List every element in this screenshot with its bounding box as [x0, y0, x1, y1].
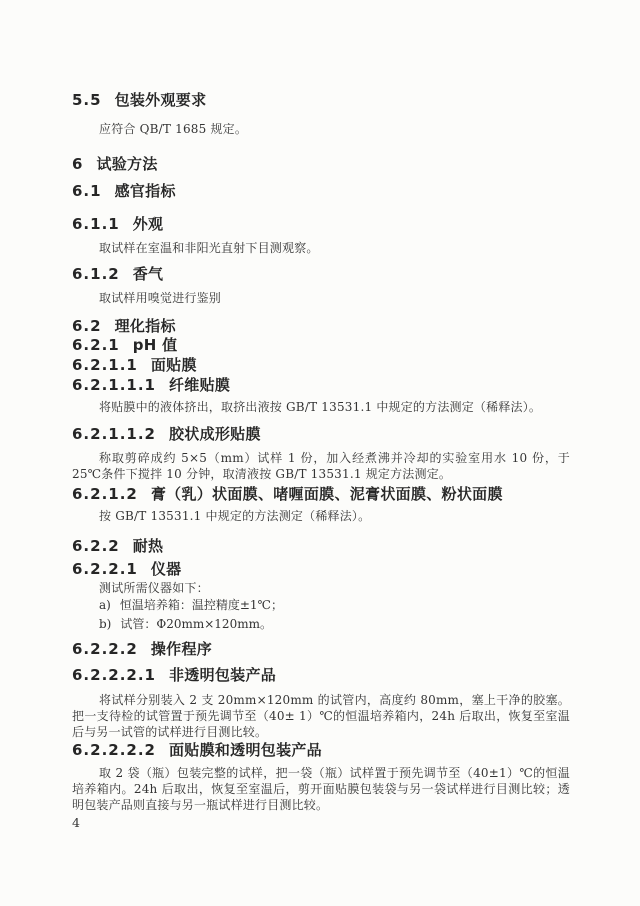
section-number: 6 [72, 155, 83, 173]
section-title: 外观 [133, 215, 164, 233]
section-heading-6-2-2: 6.2.2耐热 [72, 538, 570, 555]
section-title: 试验方法 [96, 155, 157, 173]
paragraph: 将贴膜中的液体挤出，取挤出液按 GB/T 13531.1 中规定的方法测定（稀释… [72, 399, 570, 415]
section-title: 非透明包装产品 [169, 666, 276, 684]
list-item-text: 恒温培养箱：温控精度±1℃； [120, 598, 283, 612]
section-heading-6-2: 6.2理化指标 [72, 318, 570, 335]
section-heading-5-5: 5.5包装外观要求 [72, 92, 570, 109]
section-number: 6.2.1.1.1 [72, 376, 156, 394]
section-number: 6.2.2.2 [72, 640, 138, 658]
section-heading-6-2-2-1: 6.2.2.1仪器 [72, 561, 570, 578]
list-item-a: a)恒温培养箱：温控精度±1℃； [72, 597, 570, 613]
section-heading-6-2-1-1-1: 6.2.1.1.1纤维贴膜 [72, 377, 570, 394]
document-page: 5.5包装外观要求 应符合 QB/T 1685 规定。 6试验方法 6.1感官指… [0, 0, 640, 906]
section-title: 纤维贴膜 [169, 376, 230, 394]
section-title: 耐热 [133, 537, 164, 555]
section-title: 面贴膜 [151, 356, 197, 374]
list-item-text: 试管：Φ20mm×120mm。 [120, 617, 272, 631]
section-title: 香气 [133, 265, 164, 283]
section-heading-6-2-2-2-1: 6.2.2.2.1非透明包装产品 [72, 667, 570, 684]
section-number: 6.2.2.2.2 [72, 741, 156, 759]
section-heading-6-2-1-2: 6.2.1.2膏（乳）状面膜、啫喱面膜、泥膏状面膜、粉状面膜 [72, 486, 570, 503]
section-heading-6-1-1: 6.1.1外观 [72, 216, 570, 233]
section-number: 6.1 [72, 182, 102, 200]
section-number: 6.2.1.2 [72, 485, 138, 503]
section-heading-6-2-2-2: 6.2.2.2操作程序 [72, 641, 570, 658]
paragraph: 取 2 袋（瓶）包装完整的试样，把一袋（瓶）试样置于预先调节至（40±1）℃的恒… [72, 765, 570, 813]
section-title: pH 值 [133, 336, 178, 354]
paragraph: 应符合 QB/T 1685 规定。 [72, 121, 570, 137]
section-number: 6.2.1.1.2 [72, 425, 156, 443]
section-title: 包装外观要求 [115, 91, 207, 109]
paragraph: 取试样用嗅觉进行鉴别 [72, 290, 570, 306]
section-number: 6.2.2.1 [72, 560, 138, 578]
list-marker: b) [99, 616, 111, 632]
section-number: 6.1.2 [72, 265, 120, 283]
section-heading-6-2-1-1: 6.2.1.1面贴膜 [72, 357, 570, 374]
section-heading-6: 6试验方法 [72, 156, 570, 173]
paragraph: 将试样分别装入 2 支 20mm×120mm 的试管内，高度约 80mm，塞上干… [72, 692, 570, 740]
section-title: 操作程序 [151, 640, 212, 658]
paragraph: 按 GB/T 13531.1 中规定的方法测定（稀释法）。 [72, 508, 570, 524]
section-title: 感官指标 [115, 182, 176, 200]
section-title: 膏（乳）状面膜、啫喱面膜、泥膏状面膜、粉状面膜 [151, 485, 503, 503]
section-number: 6.2.2 [72, 537, 120, 555]
page-number: 4 [72, 815, 570, 831]
section-number: 6.2.2.2.1 [72, 666, 156, 684]
section-title: 理化指标 [115, 317, 176, 335]
section-heading-6-1: 6.1感官指标 [72, 183, 570, 200]
section-heading-6-1-2: 6.1.2香气 [72, 266, 570, 283]
section-number: 5.5 [72, 91, 102, 109]
section-title: 胶状成形贴膜 [169, 425, 261, 443]
list-marker: a) [99, 597, 111, 613]
section-title: 面贴膜和透明包装产品 [169, 741, 322, 759]
section-heading-6-2-1: 6.2.1pH 值 [72, 337, 570, 354]
paragraph: 取试样在室温和非阳光直射下目测观察。 [72, 240, 570, 256]
section-heading-6-2-1-1-2: 6.2.1.1.2胶状成形贴膜 [72, 426, 570, 443]
paragraph: 称取剪碎成约 5×5（mm）试样 1 份，加入经煮沸并冷却的实验室用水 10 份… [72, 450, 570, 482]
list-item-b: b)试管：Φ20mm×120mm。 [72, 616, 570, 632]
section-number: 6.2.1.1 [72, 356, 138, 374]
section-title: 仪器 [151, 560, 182, 578]
section-number: 6.2 [72, 317, 102, 335]
section-number: 6.1.1 [72, 215, 120, 233]
section-heading-6-2-2-2-2: 6.2.2.2.2面贴膜和透明包装产品 [72, 742, 570, 759]
paragraph: 测试所需仪器如下： [72, 580, 570, 596]
section-number: 6.2.1 [72, 336, 120, 354]
